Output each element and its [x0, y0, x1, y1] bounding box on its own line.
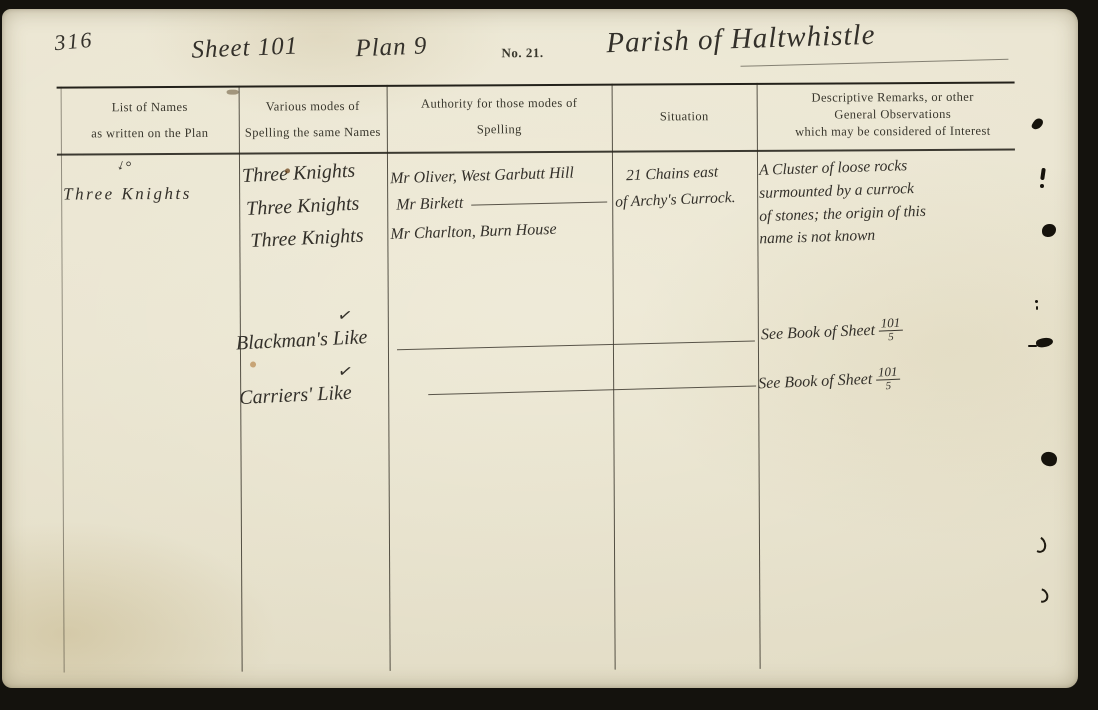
remark-line: of stones; the origin of this	[759, 203, 926, 226]
remark-line: surmounted by a currock	[759, 180, 914, 203]
remark-line: name is not known	[759, 227, 875, 249]
parish-underline-flourish	[741, 59, 1009, 67]
sheet-label: Sheet 101	[191, 32, 299, 64]
ink-blot	[1028, 345, 1037, 347]
check-arrow-mark: ↓°	[115, 157, 133, 177]
table-top-border	[57, 82, 1015, 89]
ditto-line	[471, 202, 607, 206]
fraction-denominator: 5	[876, 380, 900, 393]
spelling-entry: Three Knights	[250, 225, 364, 254]
fraction-numerator: 101	[878, 316, 902, 332]
col-header-situation: Situation	[612, 109, 757, 125]
header-bottom-border	[57, 149, 1015, 156]
col-header-authority-line2: Spelling	[387, 122, 612, 138]
ink-dot-stain	[285, 168, 290, 173]
ink-blot	[1040, 184, 1044, 188]
smudge-stain	[227, 90, 239, 95]
form-number: No. 21.	[501, 45, 543, 61]
spelling-entry: Blackman's Like	[235, 326, 367, 355]
spelling-entry: Three Knights	[242, 160, 356, 189]
remark-line: A Cluster of loose rocks	[759, 157, 908, 180]
sheet-fraction: 1015	[878, 316, 903, 344]
col-header-authority-line1: Authority for those modes of	[387, 96, 612, 112]
situation-entry: 21 Chains east	[626, 164, 719, 186]
remark-text: See Book of Sheet	[758, 371, 873, 393]
ink-blot	[1035, 300, 1038, 303]
plan-label: Plan 9	[355, 32, 428, 63]
authority-entry: Mr Charlton, Burn House	[390, 221, 557, 244]
spelling-entry: Carriers' Like	[239, 382, 353, 410]
ink-blot	[1036, 306, 1038, 310]
parish-title: Parish of Haltwhistle	[606, 19, 876, 60]
check-tick-icon: ✓	[336, 305, 354, 327]
remark-line: See Book of Sheet1015	[758, 365, 901, 398]
authority-entry: Mr Birkett	[396, 195, 464, 215]
sheet-fraction: 1015	[876, 365, 901, 393]
col-header-names-line2: as written on the Plan	[61, 126, 239, 142]
situation-entry: of Archy's Currock.	[615, 189, 736, 212]
col-header-names-line1: List of Names	[61, 100, 239, 116]
scanned-page-background: 316 Sheet 101 Plan 9 No. 21. Parish of H…	[0, 0, 1098, 710]
column-divider-3	[612, 84, 616, 670]
plan-name: Three Knights	[63, 184, 192, 205]
rust-dot-stain	[250, 362, 256, 368]
col-header-remarks-line1: Descriptive Remarks, or other	[757, 89, 1029, 105]
ditto-line	[397, 340, 755, 350]
remark-text: See Book of Sheet	[761, 322, 876, 344]
check-tick-icon: ✓	[336, 361, 354, 383]
table-left-border	[61, 87, 65, 673]
page-content: 316 Sheet 101 Plan 9 No. 21. Parish of H…	[0, 0, 1098, 710]
col-header-remarks-line3: which may be considered of Interest	[757, 123, 1029, 139]
col-header-spelling-modes-line2: Spelling the same Names	[239, 125, 387, 141]
fraction-denominator: 5	[879, 331, 903, 344]
col-header-remarks-line2: General Observations	[757, 106, 1029, 122]
authority-entry: Mr Oliver, West Garbutt Hill	[390, 164, 574, 188]
remark-line: See Book of Sheet1015	[760, 316, 903, 349]
col-header-spelling-modes-line1: Various modes of	[239, 99, 387, 115]
ditto-line	[428, 385, 756, 395]
spelling-entry: Three Knights	[246, 193, 360, 222]
fraction-numerator: 101	[876, 365, 900, 381]
page-number: 316	[53, 27, 94, 56]
